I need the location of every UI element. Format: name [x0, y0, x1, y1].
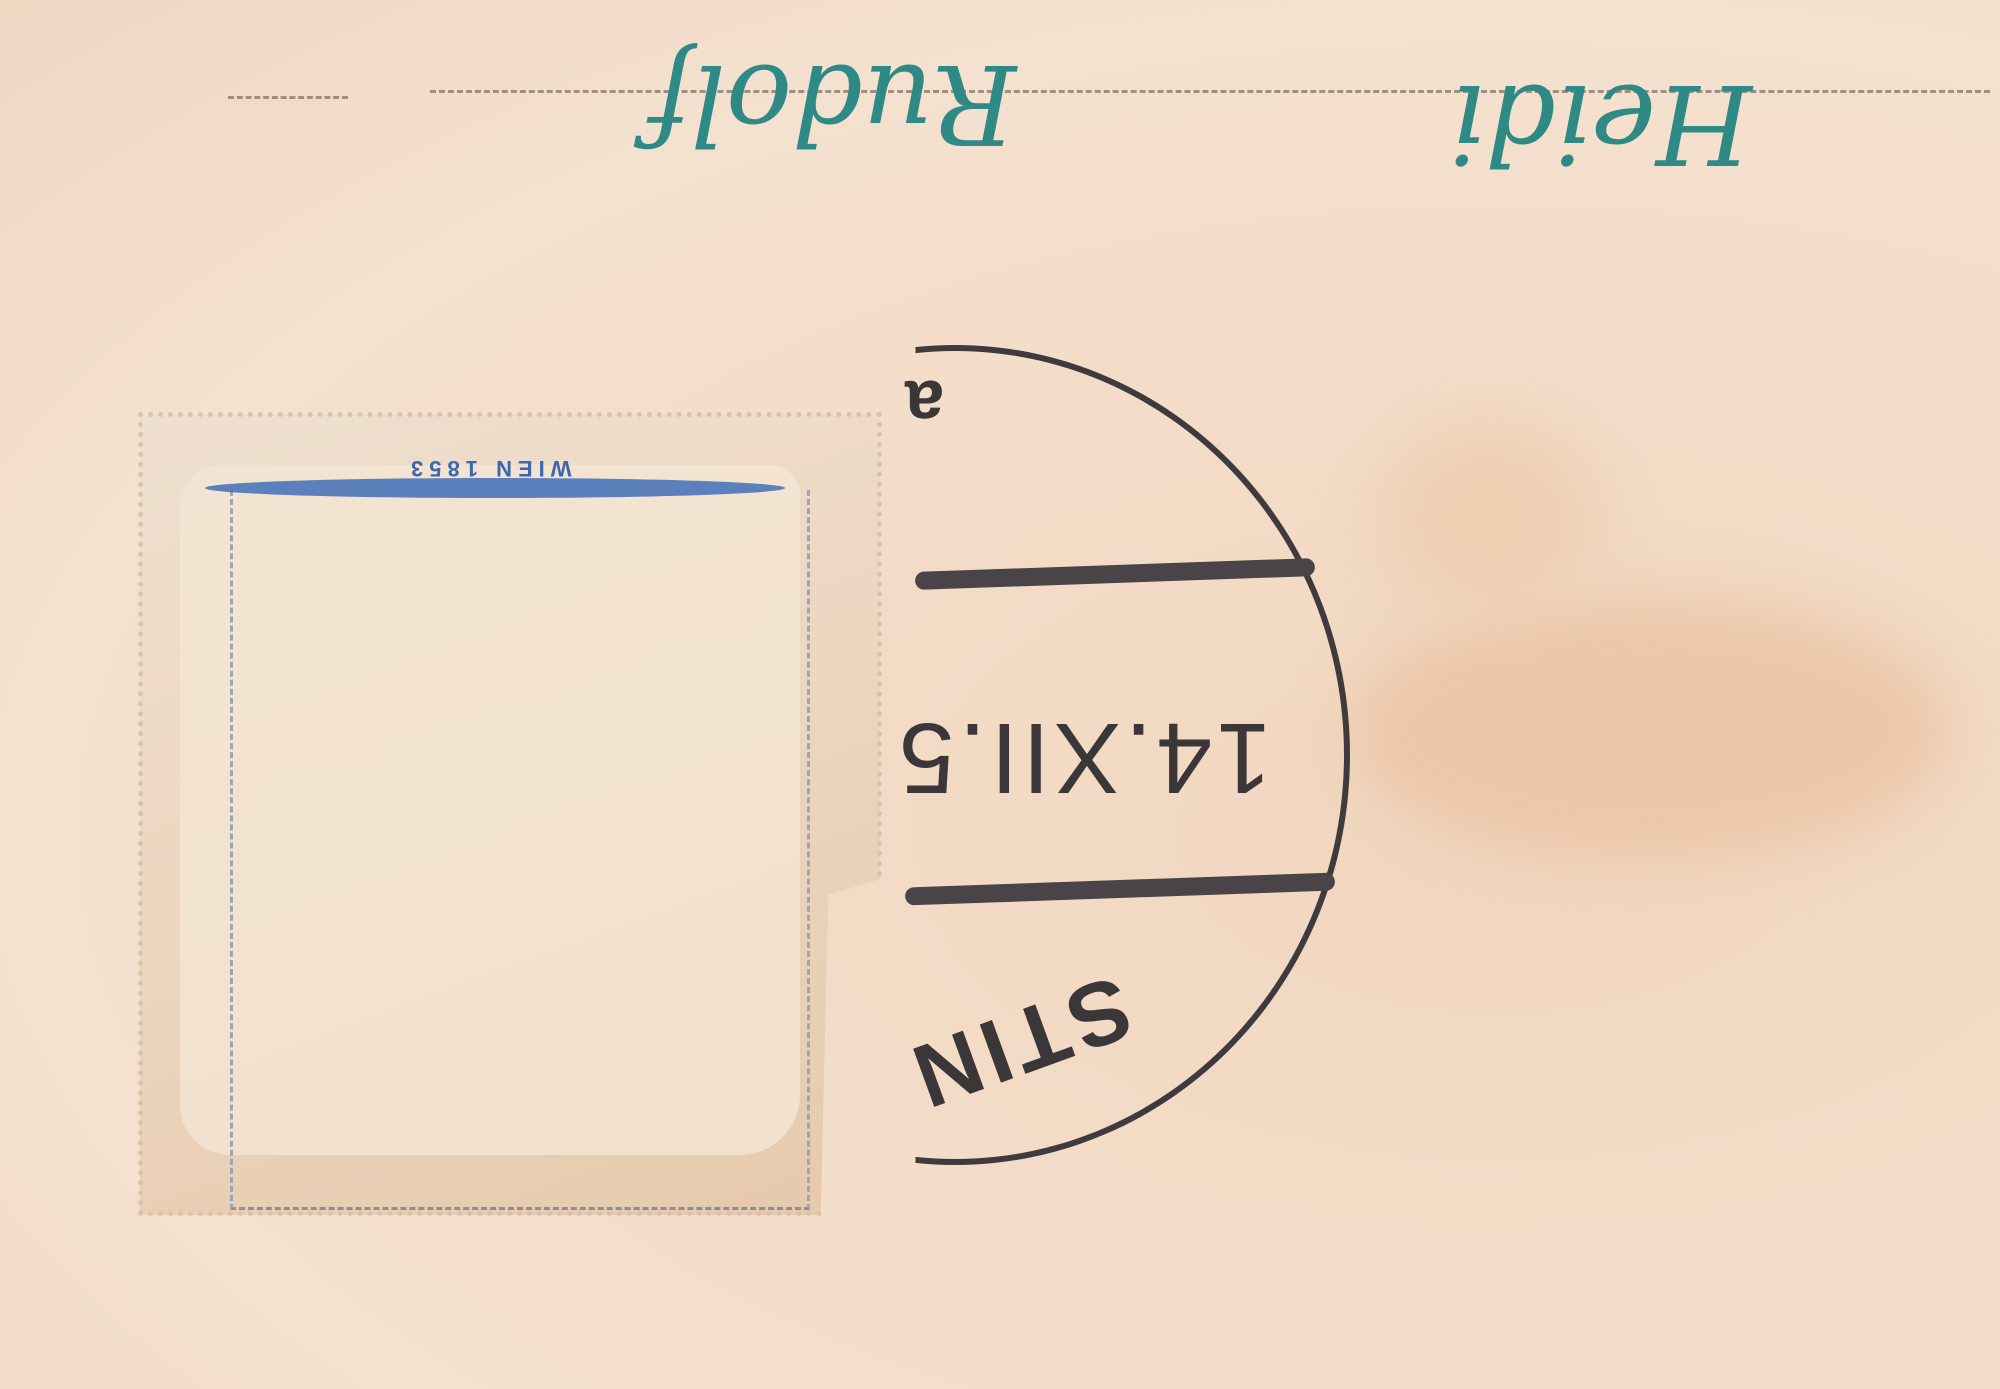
paper-stain	[1380, 420, 1600, 620]
postmark-letter: a	[905, 365, 944, 445]
stamp-blue-band	[205, 478, 785, 498]
postcard-back: Rudolf Heidi WIEN 1853 a 14.XII.5 STIN	[0, 0, 2000, 1389]
postmark-date: 14.XII.5	[895, 700, 1272, 815]
paper-stain	[1350, 600, 1950, 860]
stamp-frame-border	[230, 490, 810, 1210]
handwritten-name-right: Heidi	[1450, 60, 1752, 188]
handwritten-name-left: Rudolf	[650, 40, 1016, 168]
stamp-imprint: WIEN 1853	[405, 455, 572, 481]
address-line	[228, 96, 348, 99]
